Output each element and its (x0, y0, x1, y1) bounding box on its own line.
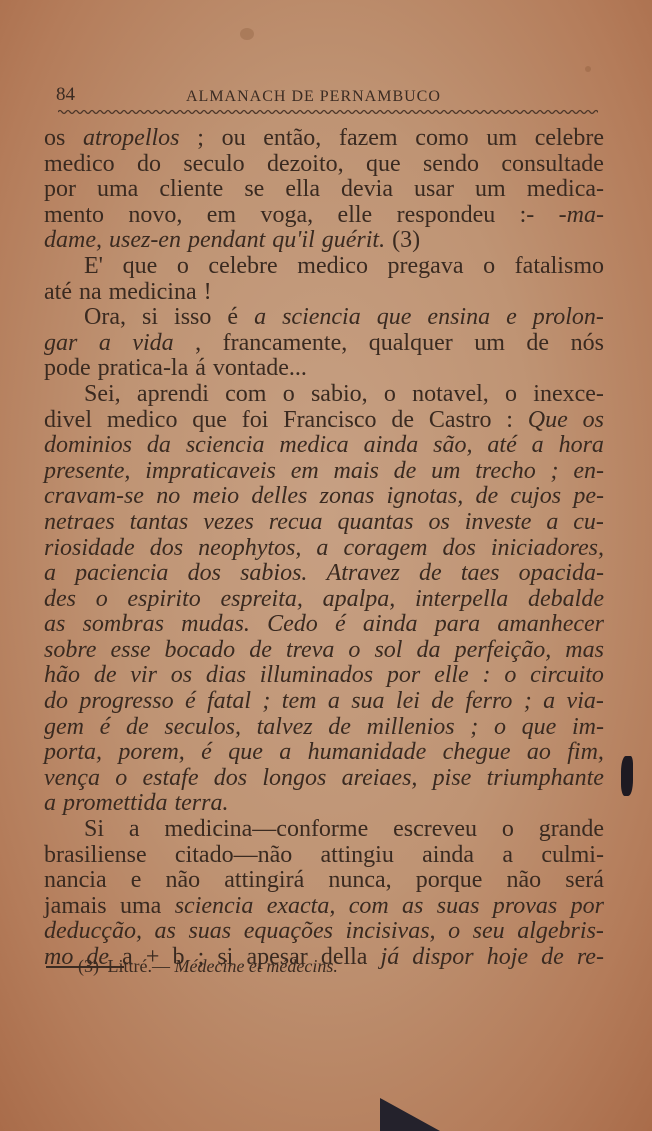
footnote-number: (3) (78, 956, 99, 976)
text-line: divelmedicoquefoiFranciscodeCastro:Queos (44, 408, 604, 434)
word: que (123, 254, 158, 280)
word: grande (539, 817, 604, 843)
word: pratica-la (98, 356, 189, 382)
word: sabios. (240, 561, 307, 587)
word: ao (527, 740, 551, 766)
word: o (494, 715, 506, 741)
word: vida (132, 331, 173, 357)
word: porem, (118, 740, 184, 766)
word: nunca, (328, 868, 391, 894)
word: o (177, 254, 189, 280)
word: e (131, 868, 142, 894)
word: o (96, 587, 108, 613)
word: como (415, 126, 468, 152)
word: ignotas, (387, 484, 464, 510)
word: trecho (475, 459, 535, 485)
word: terra. (174, 791, 228, 817)
word: um (474, 331, 505, 357)
text-line: medicodoseculodezoito,quesendoconsultade (44, 152, 604, 178)
word: talvez (257, 715, 313, 741)
word: notavel, (412, 382, 489, 408)
text-line: doprogressoéfatal;temasualeideferro;avia… (44, 689, 604, 715)
running-head: 84 ALMANACH DE PERNAMBUCO (56, 84, 596, 108)
word: , (195, 331, 201, 357)
word: culmi- (541, 843, 604, 869)
word: gar (44, 331, 77, 357)
word: o (115, 766, 127, 792)
word: que (192, 408, 227, 434)
word: mento (44, 203, 104, 229)
word: novo, (128, 203, 182, 229)
word: isso (174, 305, 211, 331)
word: delles (251, 484, 307, 510)
word: suas (188, 919, 231, 945)
word: humanidade (308, 740, 427, 766)
word: a (316, 536, 328, 562)
text-line: netraestantasvezesrecuaquantasosinvestea… (44, 510, 604, 536)
word: gem (44, 715, 84, 741)
word: a (129, 817, 140, 843)
word: o (384, 382, 396, 408)
word: Castro (429, 408, 492, 434)
word: é (227, 305, 238, 331)
word: porta, (44, 740, 102, 766)
word: iniciadores, (491, 536, 604, 562)
word: as (44, 612, 65, 638)
word: riosidade (44, 536, 135, 562)
word: sciencia (186, 433, 265, 459)
text-line: Siamedicina—conformeescreveuogrande (44, 817, 604, 843)
word: o (483, 254, 495, 280)
word: são, (433, 433, 472, 459)
page-number: 84 (56, 84, 75, 106)
word: circuito (530, 663, 604, 689)
word: e (506, 305, 517, 331)
text-line: deducção,assuasequaçõesincisivas,oseualg… (44, 919, 604, 945)
word: im- (572, 715, 604, 741)
text-line: dominiosdascienciamedicaaindasão,atéahor… (44, 433, 604, 459)
word: no (156, 484, 180, 510)
word: o (348, 638, 360, 664)
word: treva (286, 638, 334, 664)
word: é (185, 689, 196, 715)
word: ; (551, 459, 559, 485)
word: ; (262, 689, 270, 715)
word: seculo (183, 152, 244, 178)
word: na (79, 280, 102, 306)
word: medica- (527, 177, 604, 203)
word: perfeição, (455, 638, 552, 664)
word: chegue (443, 740, 511, 766)
text-line: porta,porem,équeahumanidadechegueaofim, (44, 740, 604, 766)
footnote-author: Littré.— (108, 956, 170, 976)
wavy-rule-divider (58, 108, 598, 116)
text-line: porumaclienteseelladeviausarummedica- (44, 177, 604, 203)
text-line: osatropellos;ouentão,fazemcomoumcelebre (44, 126, 604, 152)
word: escreveu (393, 817, 477, 843)
word: os (428, 510, 449, 536)
word: hão (44, 663, 80, 689)
word: espreita, (220, 587, 302, 613)
text-line: Ora,siissoéascienciaqueensinaeprolon- (44, 305, 604, 331)
word: millenios (367, 715, 455, 741)
word: de (475, 484, 498, 510)
word: vontade... (213, 356, 307, 382)
word: qu'il (272, 228, 314, 254)
word: a (99, 331, 111, 357)
word: presente, (44, 459, 130, 485)
word: de (419, 561, 442, 587)
word: um (431, 459, 460, 485)
word: inexce- (533, 382, 604, 408)
word: via- (567, 689, 604, 715)
word: pise (433, 766, 472, 792)
word: de (394, 459, 417, 485)
word: ensina (427, 305, 490, 331)
word: apalpa, (323, 587, 396, 613)
word: usar (414, 177, 454, 203)
text-line: brasiliensecitado—nãoattingiuaindaaculmi… (44, 843, 604, 869)
word: cravam-se (44, 484, 144, 510)
book-page: 84 ALMANACH DE PERNAMBUCO osatropellos;o… (0, 0, 652, 1131)
text-line: apacienciadossabios.Atravezdetaesopacida… (44, 561, 604, 587)
word: incisivas, (346, 919, 436, 945)
word: zonas (320, 484, 375, 510)
word: nancia (44, 868, 107, 894)
word: uma (97, 177, 138, 203)
word: sciencia (282, 305, 361, 331)
word: consultade (501, 152, 604, 178)
word: cliente (159, 177, 223, 203)
word: um (486, 126, 517, 152)
word: attingirá (224, 868, 304, 894)
word: exacta, (267, 894, 336, 920)
word: jamais (44, 894, 107, 920)
word: com (225, 382, 266, 408)
word: será (565, 868, 604, 894)
word: citado—não (175, 843, 292, 869)
word: dos (214, 766, 247, 792)
word: sendo (423, 152, 479, 178)
word: dispor (412, 945, 473, 971)
word: a (44, 791, 56, 817)
word: o (504, 663, 516, 689)
word: taes (461, 561, 500, 587)
word: até (487, 433, 516, 459)
word: ainda (363, 612, 418, 638)
text-line: dame,usez-enpendantqu'ilguérit.(3) (44, 228, 604, 254)
word: Atravez (327, 561, 400, 587)
word: ; (197, 126, 204, 152)
word: uma (120, 894, 161, 920)
word: sciencia (175, 894, 254, 920)
word: para (435, 612, 480, 638)
word: quantas (338, 510, 414, 536)
word: pendant (188, 228, 265, 254)
word: aprendi (137, 382, 209, 408)
word: do (137, 152, 161, 178)
word: estafe (143, 766, 199, 792)
word: os (171, 663, 192, 689)
word: longos (262, 766, 326, 792)
word: ! (204, 280, 212, 306)
word: promettida (63, 791, 167, 817)
word: de (431, 689, 454, 715)
word: dos (188, 561, 221, 587)
word: opacida- (519, 561, 604, 587)
text-line: assombrasmudas.Cedoéaindaparaamanhecer (44, 612, 604, 638)
paper-stain (585, 66, 591, 72)
footnote-title: Médecine et médecins. (174, 956, 337, 976)
text-line: desoespiritoespreita,apalpa,interpellade… (44, 587, 604, 613)
text-line: garavida,francamente,qualquerumdenós (44, 331, 604, 357)
word: francamente, (223, 331, 348, 357)
word: E' (84, 254, 103, 280)
word: illuminados (260, 663, 373, 689)
text-line: hãodevirosdiasilluminadosporelle:ocircui… (44, 663, 604, 689)
word: en- (573, 459, 604, 485)
word: neophytos, (198, 536, 301, 562)
word: -ma- (559, 203, 604, 229)
word: prolon- (533, 305, 604, 331)
word: equações (244, 919, 333, 945)
word: Si (84, 817, 104, 843)
word: de (249, 638, 272, 664)
word: bocado (165, 638, 236, 664)
word: pregava (388, 254, 464, 280)
word: de (328, 715, 351, 741)
word: da (147, 433, 171, 459)
word: ainda (422, 843, 474, 869)
word: meio (192, 484, 239, 510)
word: esse (111, 638, 151, 664)
word: qualquer (369, 331, 453, 357)
word: devia (341, 177, 393, 203)
word: coragem (343, 536, 427, 562)
body-text: osatropellos;ouentão,fazemcomoumcelebrem… (44, 126, 604, 971)
word: fatal (207, 689, 251, 715)
word: dezoito, (267, 152, 344, 178)
word: a (279, 740, 291, 766)
word: fim, (567, 740, 604, 766)
word: ; (524, 689, 532, 715)
text-line: aténamedicina! (44, 280, 604, 306)
word: não (166, 868, 201, 894)
word: porque (416, 868, 483, 894)
word: ferro (465, 689, 512, 715)
word: tem (282, 689, 317, 715)
word: netraes (44, 510, 115, 536)
word: nós (571, 331, 604, 357)
text-line: gemédeseculos,talvezdemillenios;oqueim- (44, 715, 604, 741)
word: des (44, 587, 76, 613)
word: algebris- (517, 919, 604, 945)
word: seu (473, 919, 505, 945)
word: dame, (44, 228, 102, 254)
word: medicina (109, 280, 197, 306)
word: é (100, 715, 111, 741)
text-line: presente,impraticaveisemmaisdeumtrecho;e… (44, 459, 604, 485)
text-line: E'queocelebremedicopregavaofatalismo (44, 254, 604, 280)
word: interpella (415, 587, 508, 613)
word: divel (44, 408, 92, 434)
word: investe (465, 510, 532, 536)
word: por (44, 177, 76, 203)
word: por (571, 894, 604, 920)
word: triumphante (487, 766, 604, 792)
word: que (522, 715, 557, 741)
word: do (44, 689, 68, 715)
word: sabio, (311, 382, 368, 408)
word: dias (206, 663, 246, 689)
footnote: (3) Littré.— Médecine et médecins. (78, 956, 338, 977)
word: a (543, 689, 555, 715)
word: voga, (261, 203, 314, 229)
word: vezes (203, 510, 254, 536)
word: as (155, 919, 176, 945)
word: suas (437, 894, 480, 920)
word: medico (107, 408, 178, 434)
word: cujos (510, 484, 561, 510)
word: a (254, 305, 266, 331)
word: re- (577, 945, 604, 971)
word: guérit. (322, 228, 385, 254)
word: ; (470, 715, 478, 741)
word: areiaes, (342, 766, 418, 792)
text-line: vençaoestafedoslongosareiaes,pisetriumph… (44, 766, 604, 792)
word: Que (528, 408, 568, 434)
word: provas (493, 894, 557, 920)
word: impraticaveis (145, 459, 276, 485)
word: fazem (339, 126, 398, 152)
word: : (483, 663, 491, 689)
text-line: Sei,aprendicomosabio,onotavel,oinexce- (44, 382, 604, 408)
word: cu- (573, 510, 604, 536)
text-line: cravam-senomeiodelleszonasignotas,decujo… (44, 484, 604, 510)
word: progresso (79, 689, 173, 715)
word: dos (150, 536, 183, 562)
word: mudas. (181, 612, 250, 638)
word: attingiu (321, 843, 394, 869)
word: hoje (487, 945, 528, 971)
word: pe- (573, 484, 604, 510)
word: da (417, 638, 441, 664)
word: hora (559, 433, 604, 459)
word: a (546, 510, 558, 536)
word: foi (242, 408, 269, 434)
word: ou (222, 126, 246, 152)
word: sua (351, 689, 384, 715)
word: é (201, 740, 212, 766)
word: medico (297, 254, 368, 280)
word: elle (434, 663, 469, 689)
word: sombras (83, 612, 164, 638)
text-line: apromettidaterra. (44, 791, 604, 817)
word: Francisco (283, 408, 376, 434)
word: amanhecer (497, 612, 604, 638)
word: a (502, 843, 513, 869)
word: dos (442, 536, 475, 562)
word: (3) (392, 228, 420, 254)
word: medica (279, 433, 348, 459)
word: que (377, 305, 412, 331)
word: paciencia (75, 561, 168, 587)
text-line: nanciaenãoattingiránunca,porquenãoserá (44, 868, 604, 894)
word: pode (44, 356, 91, 382)
word: respondeu (397, 203, 496, 229)
word: brasiliense (44, 843, 147, 869)
word: por (387, 663, 420, 689)
word: os (44, 126, 65, 152)
word: medico (44, 152, 115, 178)
text-line: sobreessebocadodetrevaosoldaperfeição,ma… (44, 638, 604, 664)
word: então, (263, 126, 321, 152)
word: celebre (535, 126, 604, 152)
word: de (526, 331, 549, 357)
word: que (228, 740, 263, 766)
word: de (391, 408, 414, 434)
word: espirito (127, 587, 200, 613)
word: ainda (364, 433, 419, 459)
word: até (44, 280, 72, 306)
word: o (283, 382, 295, 408)
word: elle (338, 203, 373, 229)
text-line: podepratica-laávontade... (44, 356, 604, 382)
paper-stain (240, 28, 254, 40)
word: dominios (44, 433, 132, 459)
word: não (507, 868, 542, 894)
word: usez-en (109, 228, 181, 254)
torn-corner-shadow (380, 1098, 440, 1131)
word: recua (269, 510, 323, 536)
word: as (402, 894, 423, 920)
word: medicina—conforme (164, 817, 368, 843)
header-title: ALMANACH DE PERNAMBUCO (186, 88, 441, 106)
word: o (505, 382, 517, 408)
word: fatalismo (515, 254, 604, 280)
word: vir (130, 663, 157, 689)
word: deducção, (44, 919, 142, 945)
word: em (207, 203, 236, 229)
word: de (94, 663, 117, 689)
text-line: jamaisumascienciaexacta,comassuasprovasp… (44, 894, 604, 920)
word: é (335, 612, 346, 638)
word: mas (565, 638, 604, 664)
word: a (328, 689, 340, 715)
word: um (475, 177, 506, 203)
word: celebre (208, 254, 277, 280)
word: de (541, 945, 564, 971)
word: si (142, 305, 158, 331)
word: o (448, 919, 460, 945)
word: a (44, 561, 56, 587)
word: :- (520, 203, 535, 229)
word: seculos, (164, 715, 241, 741)
word: com (349, 894, 389, 920)
word: Ora, (84, 305, 126, 331)
word: em (291, 459, 319, 485)
word: á (195, 356, 206, 382)
word: lei (396, 689, 420, 715)
text-line: mentonovo,emvoga,ellerespondeu:--ma- (44, 203, 604, 229)
word: atropellos (83, 126, 179, 152)
word: Sei, (84, 382, 121, 408)
word: de (126, 715, 149, 741)
word: já (381, 945, 400, 971)
word: Cedo (267, 612, 318, 638)
word: ella (285, 177, 320, 203)
word: debalde (528, 587, 604, 613)
